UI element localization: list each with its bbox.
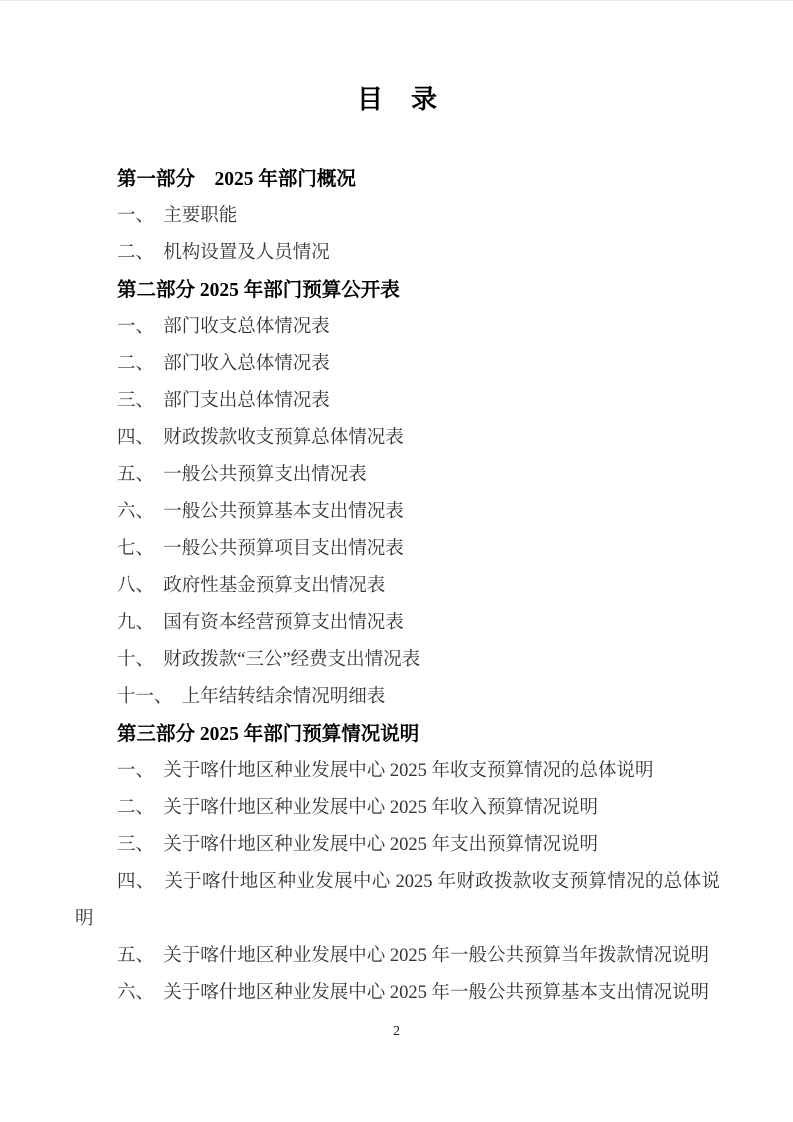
toc-item: 七、 一般公共预算项目支出情况表 [75,531,720,568]
toc-item: 十一、 上年结转结余情况明细表 [75,679,720,716]
toc-item: 九、 国有资本经营预算支出情况表 [75,605,720,642]
page-number: 2 [0,1023,793,1041]
toc-item: 二、 部门收入总体情况表 [75,346,720,383]
toc-item: 六、 关于喀什地区种业发展中心 2025 年一般公共预算基本支出情况说明 [75,975,720,1012]
toc-item: 五、 关于喀什地区种业发展中心 2025 年一般公共预算当年拨款情况说明 [75,938,720,975]
toc-item: 二、 关于喀什地区种业发展中心 2025 年收入预算情况说明 [75,790,720,827]
toc-item: 四、 关于喀什地区种业发展中心 2025 年财政拨款收支预算情况的总体说明 [75,864,720,938]
toc-item: 二、 机构设置及人员情况 [75,235,720,272]
toc-item: 四、 财政拨款收支预算总体情况表 [75,420,720,457]
toc-section-3-heading: 第三部分 2025 年部门预算情况说明 [75,716,720,753]
toc-item: 一、 关于喀什地区种业发展中心 2025 年收支预算情况的总体说明 [75,753,720,790]
toc-section-2-heading: 第二部分 2025 年部门预算公开表 [75,272,720,309]
toc-item: 一、 部门收支总体情况表 [75,309,720,346]
toc-item: 三、 部门支出总体情况表 [75,383,720,420]
toc-item: 八、 政府性基金预算支出情况表 [75,568,720,605]
toc-section-1-heading: 第一部分 2025 年部门概况 [75,161,720,198]
toc-item: 六、 一般公共预算基本支出情况表 [75,494,720,531]
toc-item: 一、 主要职能 [75,198,720,235]
document-page: 目 录 第一部分 2025 年部门概况 一、 主要职能 二、 机构设置及人员情况… [0,0,793,1122]
toc-item: 十、 财政拨款“三公”经费支出情况表 [75,642,720,679]
toc-item: 五、 一般公共预算支出情况表 [75,457,720,494]
toc-item: 三、 关于喀什地区种业发展中心 2025 年支出预算情况说明 [75,827,720,864]
page-title: 目 录 [75,85,720,115]
toc-content: 目 录 第一部分 2025 年部门概况 一、 主要职能 二、 机构设置及人员情况… [75,85,720,1012]
